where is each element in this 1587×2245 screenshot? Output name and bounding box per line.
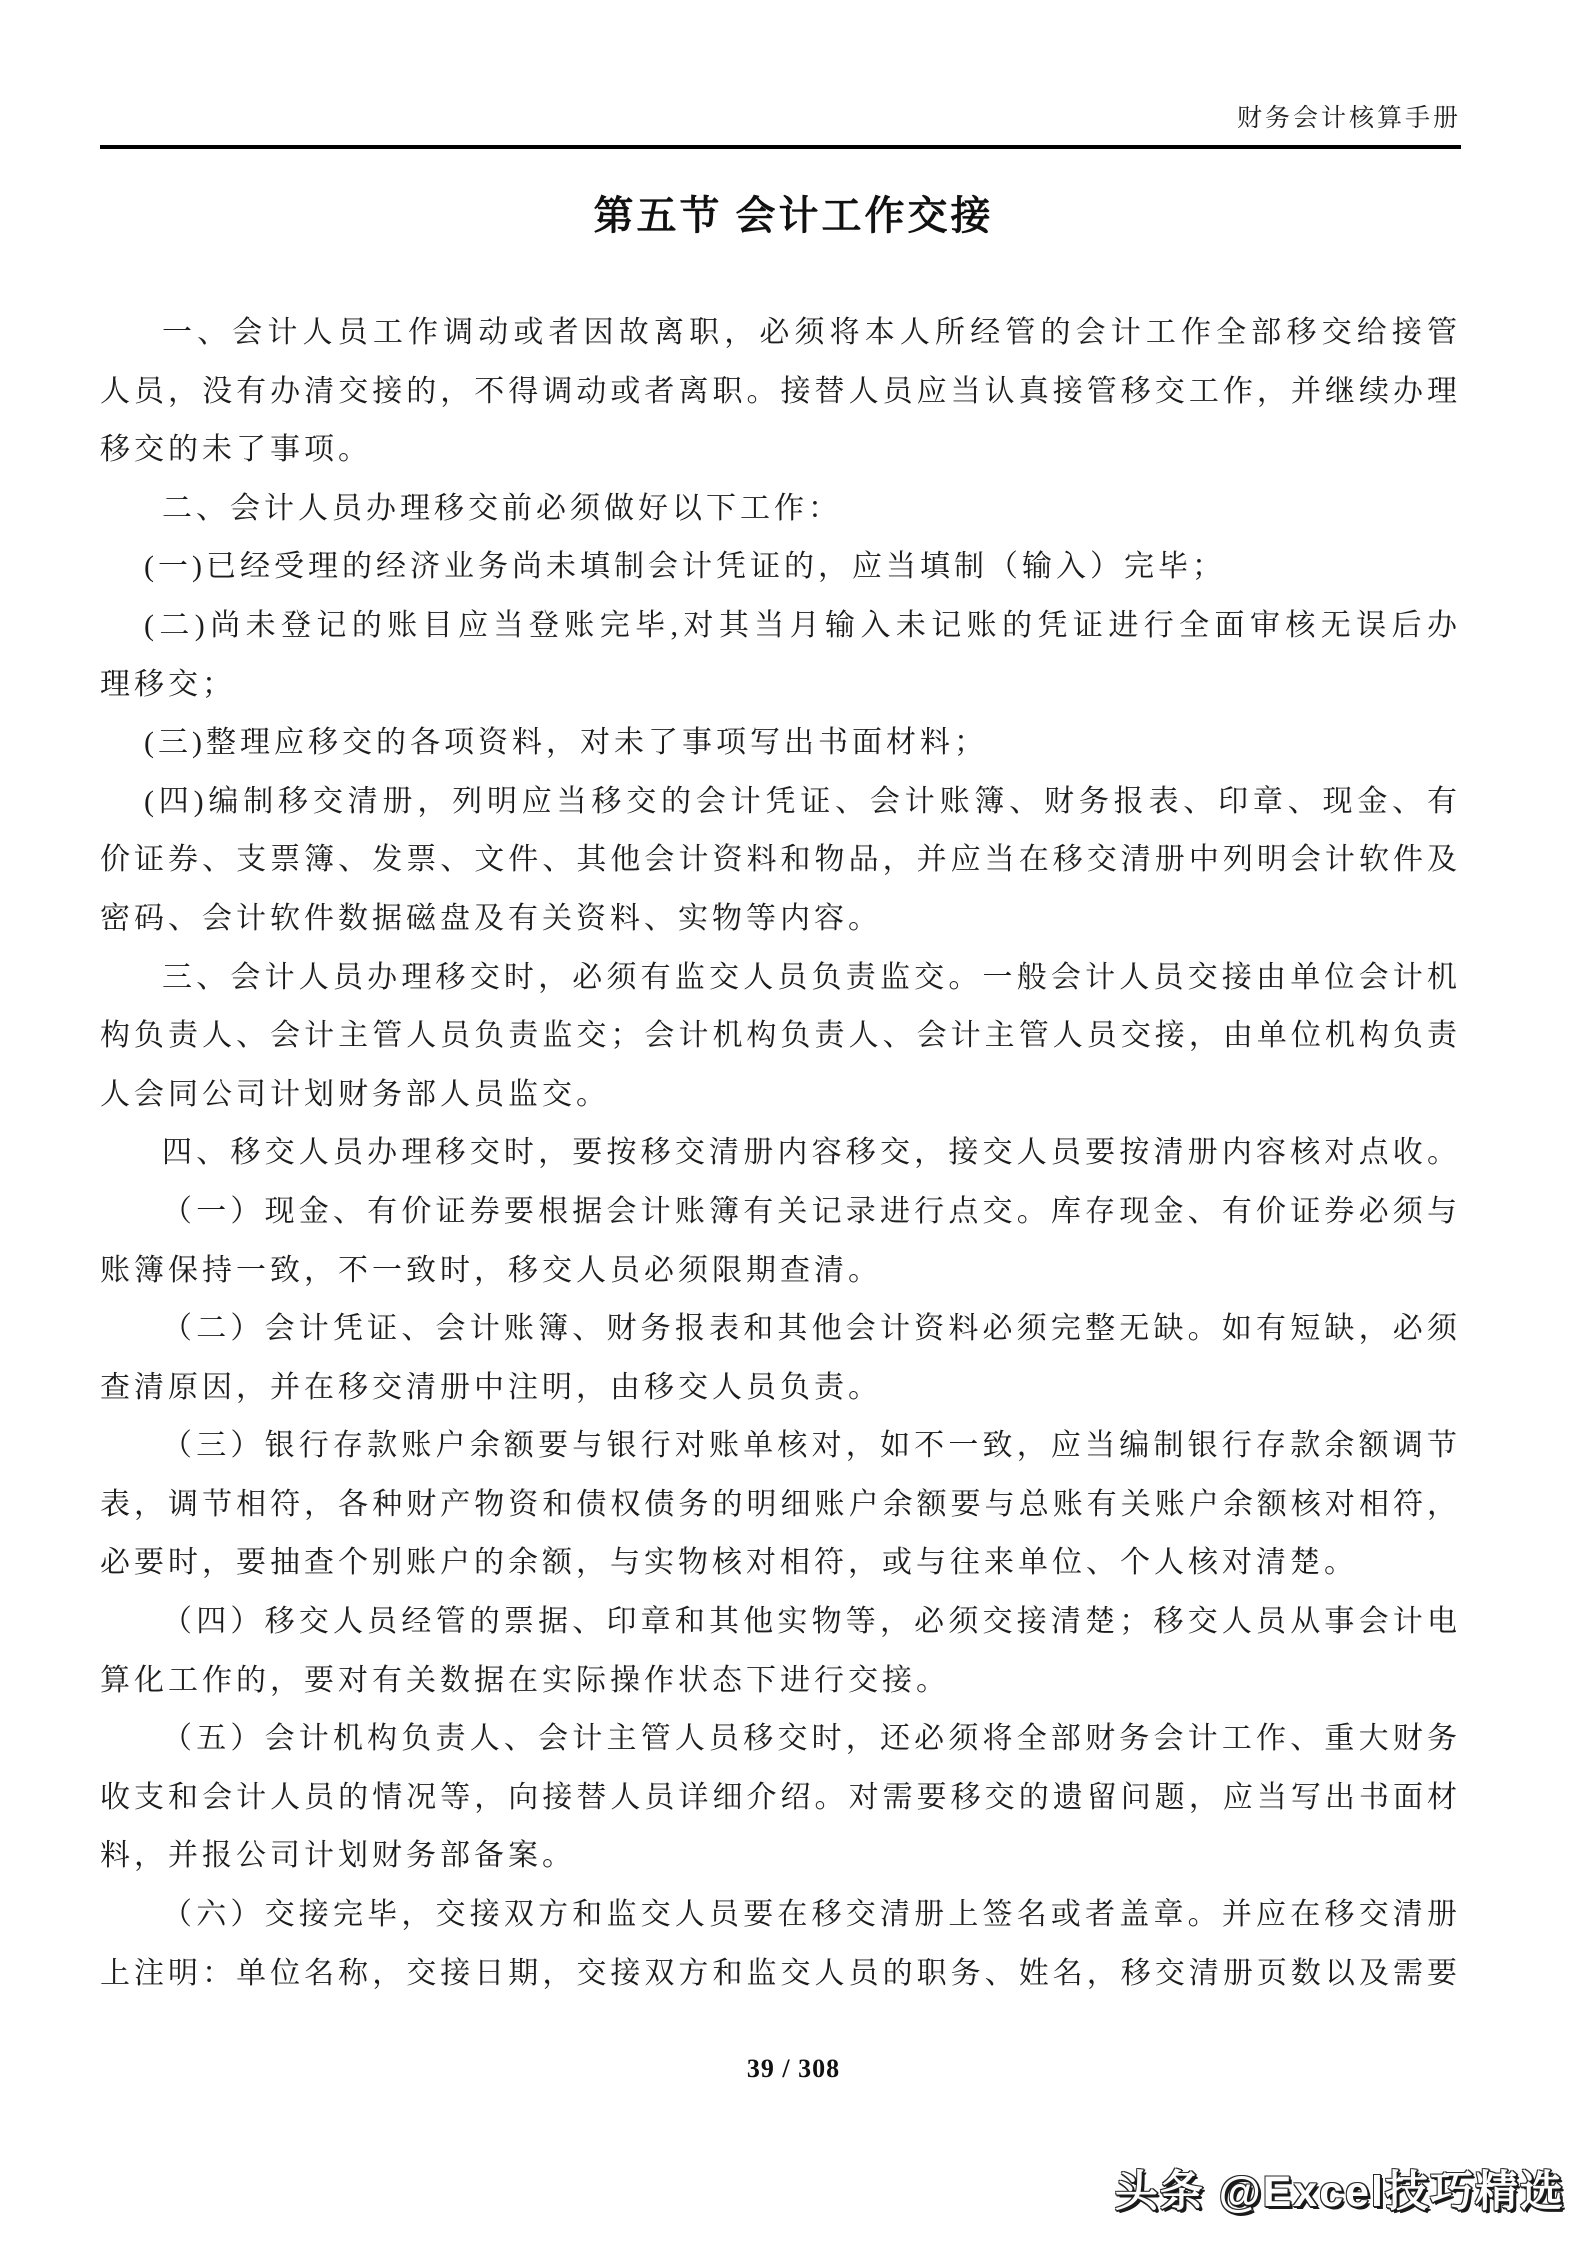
body-line: 必要时，要抽查个别账户的余额，与实物核对相符，或与往来单位、个人核对清楚。 [100,1534,1461,1593]
body-line: （一）现金、有价证券要根据会计账簿有关记录进行点交。库存现金、有价证券必须与 [100,1183,1461,1242]
body-line: （五）会计机构负责人、会计主管人员移交时，还必须将全部财务会计工作、重大财务 [100,1710,1461,1769]
body-line: 移交的未了事项。 [100,421,1461,480]
body-line: 上注明：单位名称，交接日期，交接双方和监交人员的职务、姓名，移交清册页数以及需要 [100,1945,1461,2004]
body-line: 四、移交人员办理移交时，要按移交清册内容移交，接交人员要按清册内容核对点收。 [100,1124,1461,1183]
body-line: 人会同公司计划财务部人员监交。 [100,1066,1461,1125]
body-line: 收支和会计人员的情况等，向接替人员详细介绍。对需要移交的遗留问题，应当写出书面材 [100,1769,1461,1828]
body-line: （二）会计凭证、会计账簿、财务报表和其他会计资料必须完整无缺。如有短缺，必须 [100,1300,1461,1359]
body-line: （四）移交人员经管的票据、印章和其他实物等，必须交接清楚；移交人员从事会计电 [100,1593,1461,1652]
running-header: 财务会计核算手册 [100,104,1461,134]
body-line: (四)编制移交清册，列明应当移交的会计凭证、会计账簿、财务报表、印章、现金、有 [100,773,1461,832]
body-line: 表，调节相符，各种财产物资和债权债务的明细账户余额要与总账有关账户余额核对相符， [100,1476,1461,1535]
body-line: 一、会计人员工作调动或者因故离职，必须将本人所经管的会计工作全部移交给接管 [100,304,1461,363]
body-line: (二)尚未登记的账目应当登账完毕,对其当月输入未记账的凭证进行全面审核无误后办 [100,597,1461,656]
body-line: (三)整理应移交的各项资料，对未了事项写出书面材料； [100,714,1461,773]
body-line: 算化工作的，要对有关数据在实际操作状态下进行交接。 [100,1652,1461,1711]
body-line: （六）交接完毕，交接双方和监交人员要在移交清册上签名或者盖章。并应在移交清册 [100,1886,1461,1945]
watermark: 头条 @Excel技巧精选 [1115,2158,1565,2219]
body-line: 人员，没有办清交接的，不得调动或者离职。接替人员应当认真接管移交工作，并继续办理 [100,363,1461,422]
document-page: 财务会计核算手册 第五节 会计工作交接 一、会计人员工作调动或者因故离职，必须将… [0,0,1587,2245]
body-line: 查清原因，并在移交清册中注明，由移交人员负责。 [100,1359,1461,1418]
body-line: 三、会计人员办理移交时，必须有监交人员负责监交。一般会计人员交接由单位会计机 [100,949,1461,1008]
body-line: 二、会计人员办理移交前必须做好以下工作： [100,480,1461,539]
body-line: 构负责人、会计主管人员负责监交；会计机构负责人、会计主管人员交接，由单位机构负责 [100,1007,1461,1066]
page-number: 39 / 308 [0,2054,1587,2084]
body-line: （三）银行存款账户余额要与银行对账单核对，如不一致，应当编制银行存款余额调节 [100,1417,1461,1476]
body-text: 一、会计人员工作调动或者因故离职，必须将本人所经管的会计工作全部移交给接管人员，… [100,304,1461,2003]
body-line: 理移交； [100,656,1461,715]
body-line: 料，并报公司计划财务部备案。 [100,1827,1461,1886]
body-line: 账簿保持一致，不一致时，移交人员必须限期查清。 [100,1242,1461,1301]
section-title: 第五节 会计工作交接 [0,192,1587,240]
header-rule [100,145,1461,149]
body-line: 密码、会计软件数据磁盘及有关资料、实物等内容。 [100,890,1461,949]
body-line: (一)已经受理的经济业务尚未填制会计凭证的，应当填制（输入）完毕； [100,538,1461,597]
body-line: 价证券、支票簿、发票、文件、其他会计资料和物品，并应当在移交清册中列明会计软件及 [100,831,1461,890]
